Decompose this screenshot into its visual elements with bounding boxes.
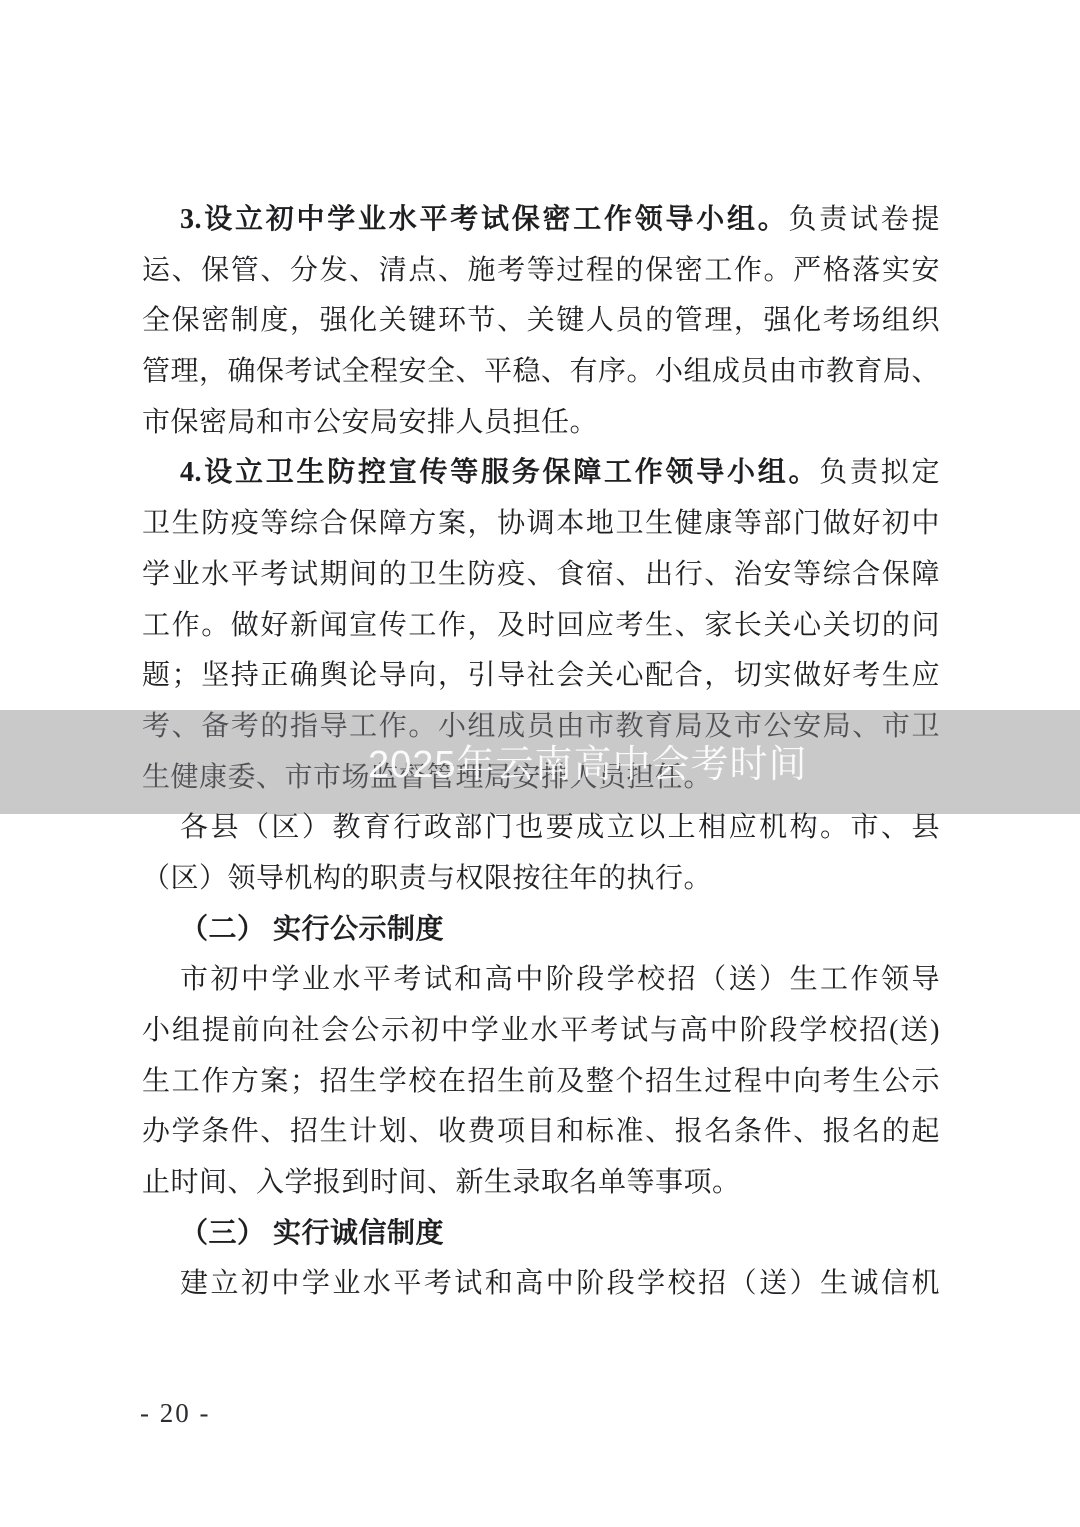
bold-segment: （三） 实行诚信制度 bbox=[180, 1218, 444, 1249]
paragraph-line: 3.设立初中学业水平考试保密工作领导小组。负责试卷提 bbox=[142, 195, 940, 246]
bold-segment: 4.设立卫生防控宣传等服务保障工作领导小组。 bbox=[180, 457, 819, 488]
paragraph-line: 运、保管、分发、清点、施考等过程的保密工作。严格落实安 bbox=[142, 246, 940, 297]
document-page: 2025年云南高中会考时间 3.设立初中学业水平考试保密工作领导小组。负责试卷提… bbox=[0, 0, 1080, 1527]
paragraph-line: 生工作方案；招生学校在招生前及整个招生过程中向考生公示 bbox=[142, 1057, 940, 1108]
section-heading: （三） 实行诚信制度 bbox=[142, 1209, 940, 1260]
section-heading: （二） 实行公示制度 bbox=[142, 905, 940, 956]
paragraph-line: 题；坚持正确舆论导向，引导社会关心配合，切实做好考生应 bbox=[142, 651, 940, 702]
paragraph-line: 止时间、入学报到时间、新生录取名单等事项。 bbox=[142, 1158, 940, 1209]
paragraph-line: 市保密局和市公安局安排人员担任。 bbox=[142, 398, 940, 449]
paragraph-line: 4.设立卫生防控宣传等服务保障工作领导小组。负责拟定 bbox=[142, 448, 940, 499]
text-segment: 运、保管、分发、清点、施考等过程的保密工作。严格落实安 bbox=[142, 255, 940, 286]
text-segment: 全保密制度，强化关键环节、关键人员的管理，强化考场组织 bbox=[142, 305, 940, 336]
watermark-text: 2025年云南高中会考时间 bbox=[368, 742, 808, 788]
paragraph-line: 工作。做好新闻宣传工作，及时回应考生、家长关心关切的问 bbox=[142, 601, 940, 652]
paragraph-line: 市初中学业水平考试和高中阶段学校招（送）生工作领导 bbox=[142, 955, 940, 1006]
paragraph-line: 全保密制度，强化关键环节、关键人员的管理，强化考场组织 bbox=[142, 296, 940, 347]
text-segment: 建立初中学业水平考试和高中阶段学校招（送）生诚信机 bbox=[180, 1268, 940, 1299]
text-segment: 卫生防疫等综合保障方案，协调本地卫生健康等部门做好初中 bbox=[142, 508, 940, 539]
text-segment: 市保密局和市公安局安排人员担任。 bbox=[142, 407, 598, 438]
text-segment: 办学条件、招生计划、收费项目和标准、报名条件、报名的起 bbox=[142, 1116, 940, 1147]
paragraph-line: （区）领导机构的职责与权限按往年的执行。 bbox=[142, 854, 940, 905]
page-number: - 20 - bbox=[140, 1398, 210, 1429]
text-segment: （区）领导机构的职责与权限按往年的执行。 bbox=[142, 863, 712, 894]
text-segment: 生工作方案；招生学校在招生前及整个招生过程中向考生公示 bbox=[142, 1066, 940, 1097]
paragraph-line: 小组提前向社会公示初中学业水平考试与高中阶段学校招(送) bbox=[142, 1006, 940, 1057]
text-segment: 市初中学业水平考试和高中阶段学校招（送）生工作领导 bbox=[180, 964, 940, 995]
bold-segment: 3.设立初中学业水平考试保密工作领导小组。 bbox=[180, 204, 788, 235]
paragraph-line: 各县（区）教育行政部门也要成立以上相应机构。市、县 bbox=[142, 803, 940, 854]
text-segment: 小组提前向社会公示初中学业水平考试与高中阶段学校招(送) bbox=[142, 1015, 940, 1046]
text-segment: 负责试卷提 bbox=[788, 204, 940, 235]
text-segment: 题；坚持正确舆论导向，引导社会关心配合，切实做好考生应 bbox=[142, 660, 940, 691]
text-segment: 负责拟定 bbox=[819, 457, 940, 488]
paragraph-line: 卫生防疫等综合保障方案，协调本地卫生健康等部门做好初中 bbox=[142, 499, 940, 550]
paragraph-line: 学业水平考试期间的卫生防疫、食宿、出行、治安等综合保障 bbox=[142, 550, 940, 601]
paragraph-line: 管理，确保考试全程安全、平稳、有序。小组成员由市教育局、 bbox=[142, 347, 940, 398]
text-segment: 学业水平考试期间的卫生防疫、食宿、出行、治安等综合保障 bbox=[142, 559, 940, 590]
text-segment: 考、备考的指导工作。小组成员由市教育局及市公安局、市卫 bbox=[142, 711, 940, 742]
text-segment: 管理，确保考试全程安全、平稳、有序。小组成员由市教育局、 bbox=[142, 356, 940, 387]
text-segment: 止时间、入学报到时间、新生录取名单等事项。 bbox=[142, 1167, 741, 1198]
paragraph-line: 办学条件、招生计划、收费项目和标准、报名条件、报名的起 bbox=[142, 1107, 940, 1158]
bold-segment: （二） 实行公示制度 bbox=[180, 914, 444, 945]
text-segment: 工作。做好新闻宣传工作，及时回应考生、家长关心关切的问 bbox=[142, 610, 940, 641]
text-segment: 各县（区）教育行政部门也要成立以上相应机构。市、县 bbox=[180, 812, 940, 843]
paragraph-line: 建立初中学业水平考试和高中阶段学校招（送）生诚信机 bbox=[142, 1259, 940, 1310]
